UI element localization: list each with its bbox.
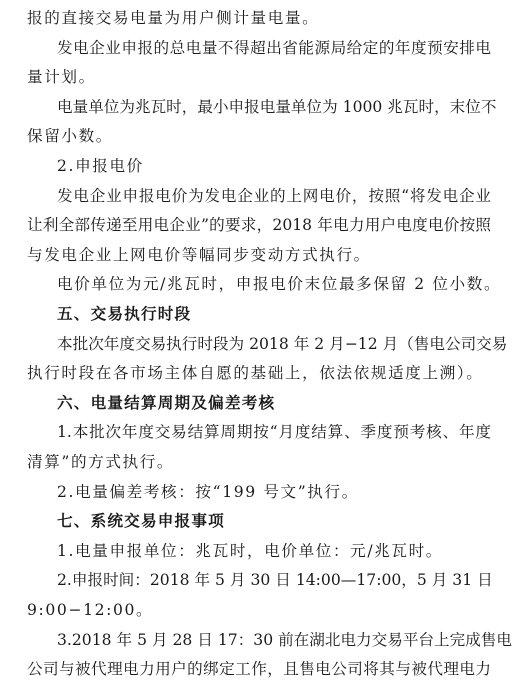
paragraph-line: 保留小数。 [27,124,113,148]
paragraph-line: 2.申报时间：2018 年 5 月 30 日 14:00—17:00，5 月 3… [57,568,491,592]
paragraph-line: 报的直接交易电量为用户侧计量电量。 [27,6,319,30]
section-heading-6: 六、电量结算周期及偏差考核 [57,391,275,415]
subsection-title: 2.申报电价 [57,154,144,178]
paragraph-line: 3.2018 年 5 月 28 日 17：30 前在湖北电力交易平台上完成售电 [57,628,491,652]
paragraph-line: 公司与被代理电力用户的绑定工作，且售电公司将其与被代理电力 [27,657,491,681]
paragraph-line: 1.电量申报单位：兆瓦时，电价单位：元/兆瓦时。 [57,539,443,563]
paragraph-line: 电量单位为兆瓦时，最小申报电量单位为 1000 兆瓦时，末位不 [57,95,491,119]
paragraph-line: 清算”的方式执行。 [27,450,174,474]
paragraph-line: 本批次年度交易执行时段为 2018 年 2 月−12 月（售电公司交易 [57,332,491,356]
paragraph-line: 发电企业申报电价为发电企业的上网电价，按照“将发电企业 [57,184,491,208]
paragraph-line: 1.本批次年度交易结算周期按“月度结算、季度预考核、年度 [57,420,491,444]
section-heading-5: 五、交易执行时段 [57,302,191,326]
section-heading-7: 七、系统交易申报事项 [57,509,225,533]
paragraph-line: 让利全部传递至用电企业”的要求，2018 年电力用户电度电价按照 [27,213,491,237]
paragraph-line: 电价单位为元/兆瓦时，申报电价末位最多保留 2 位小数。 [57,272,501,296]
paragraph-line: 发电企业申报的总电量不得超出省能源局给定的年度预安排电 [57,36,491,60]
paragraph-line: 2.电量偏差考核：按“199 号文”执行。 [57,480,359,504]
paragraph-line: 9:00−12:00。 [27,598,153,622]
paragraph-line: 执行时段在各市场主体自愿的基础上，依法依规适度上溯）。 [27,361,483,385]
paragraph-line: 与发电企业上网电价等幅同步变动方式执行。 [27,243,371,267]
paragraph-line: 量计划。 [27,65,96,89]
